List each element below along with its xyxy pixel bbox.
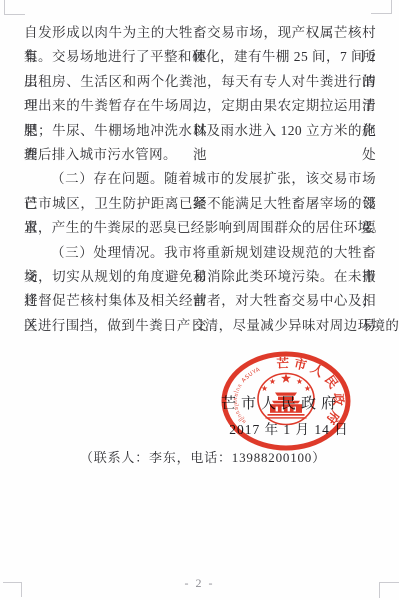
body-line: 自发形成以肉牛为主的大牲畜交易市场，现产权属芒核村集体所 bbox=[24, 21, 376, 45]
body-line: 理出来的牛粪暂存在牛场周边，定期由果农定期拉运用于果林施 bbox=[24, 94, 376, 118]
body-line: 出租房、生活区和两个化粪池，每天有专人对牛粪进行清理，清 bbox=[24, 70, 376, 94]
body-line: 肥；牛尿、牛棚场地冲洗水以及雨水进入 120 立方米的化粪池处 bbox=[24, 119, 376, 143]
body-line: 将督促芒核村集体及相关经营者，对大牲畜交易中心及相关交易 bbox=[24, 289, 376, 313]
body-line: （二）存在问题。随着城市的发展扩张，该交易市场已紧邻 bbox=[24, 167, 376, 191]
body-line: 区进行围挡，做到牛粪日产日清，尽量减少异味对周边环境的影响。 bbox=[24, 314, 376, 338]
body-line: 有。交易场地进行了平整和硬化，建有牛棚 25 间，7 间 2 层的 bbox=[24, 45, 376, 69]
crop-mark-top-left bbox=[4, 0, 25, 15]
document-page: 自发形成以肉牛为主的大牲畜交易市场，现产权属芒核村集体所有。交易场地进行了平整和… bbox=[0, 0, 399, 600]
crop-mark-top-right bbox=[371, 0, 392, 14]
body-line: 求，产生的牛粪尿的恶臭已经影响到周围群众的居住环境。 bbox=[24, 216, 376, 240]
document-body: 自发形成以肉牛为主的大牲畜交易市场，现产权属芒核村集体所有。交易场地进行了平整和… bbox=[24, 21, 376, 338]
body-line: 芒市城区，卫生防护距离已经不能满足大牲畜屠宰场的设置要 bbox=[24, 192, 376, 216]
body-line: 场，切实从规划的角度避免和消除此类环境污染。在未搬迁前， bbox=[24, 265, 376, 289]
national-emblem-icon bbox=[258, 373, 314, 424]
page-number: - 2 - bbox=[0, 576, 399, 591]
official-seal-icon: 芒市人民政府 ᥛᥫᥒᥰᥑᥨᥢᥰᥛᥣᥒᥰ ASUYA bbox=[220, 351, 354, 455]
body-line: （三）处理情况。我市将重新规划建设规范的大牲畜交易市 bbox=[24, 241, 376, 265]
